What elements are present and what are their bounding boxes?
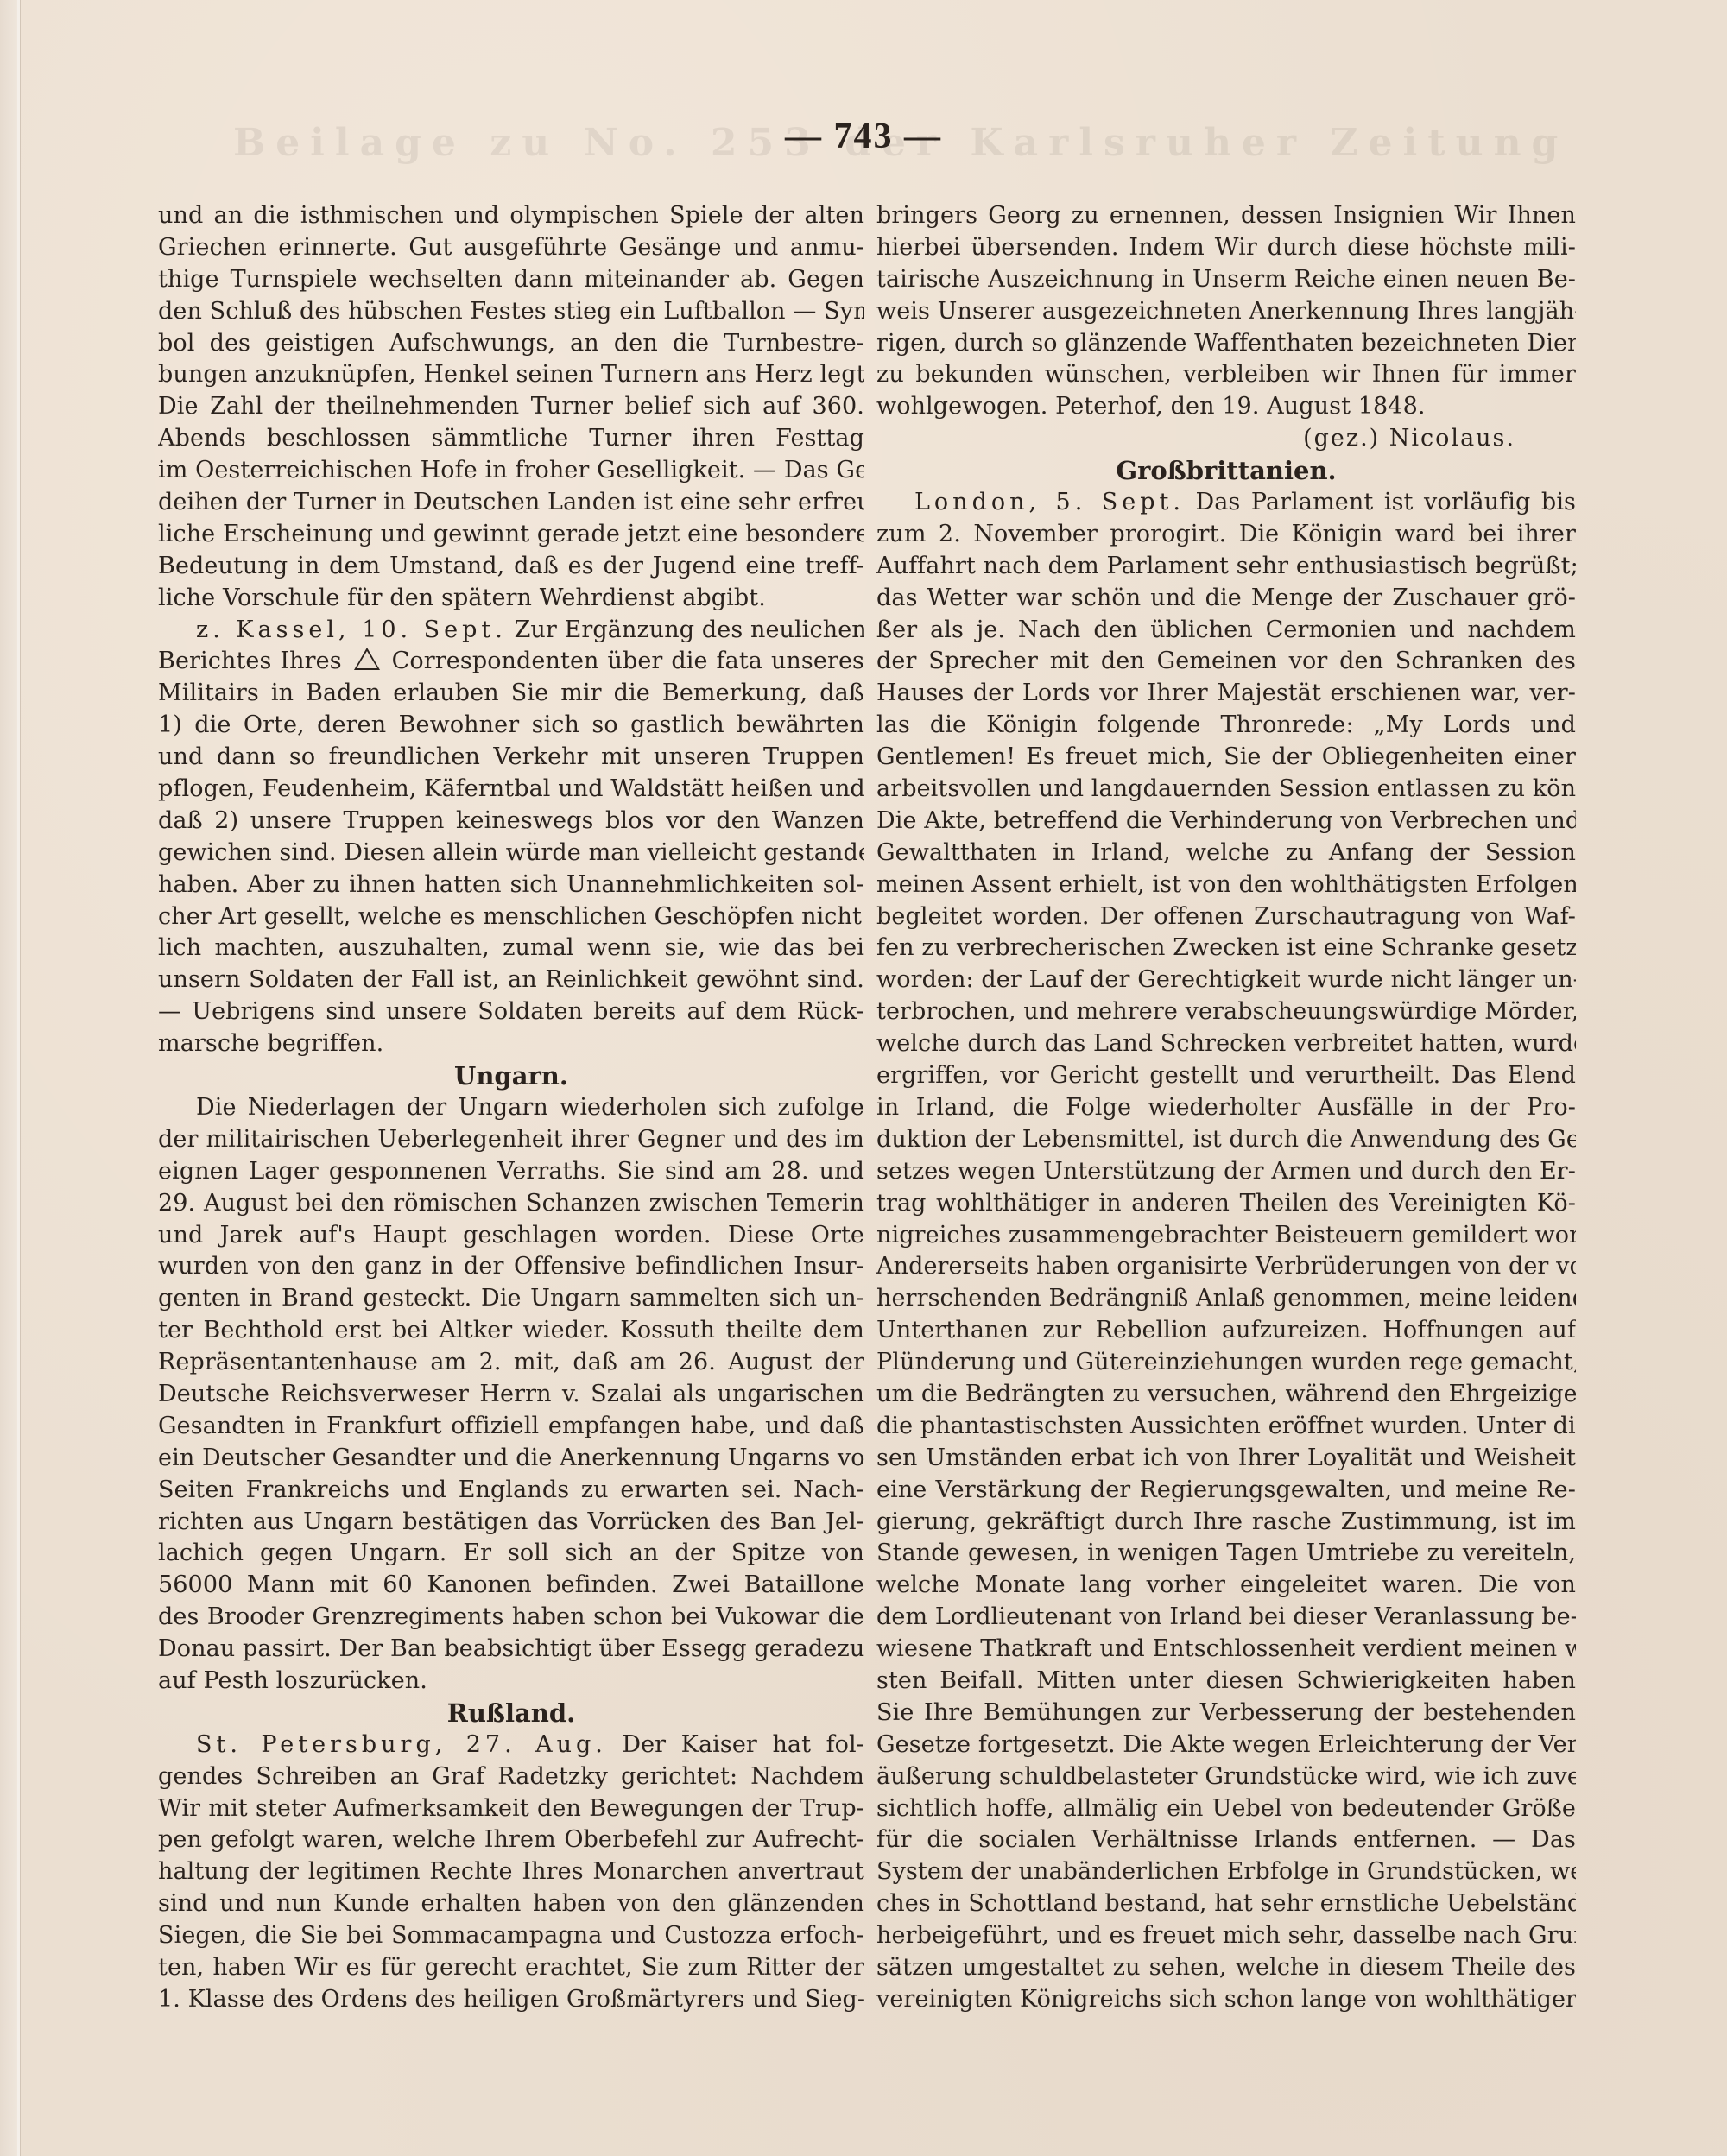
text-line: weis Unserer ausgezeichneten Anerkennung… xyxy=(876,296,1576,328)
text-line: bringers Georg zu ernennen, dessen Insig… xyxy=(876,200,1576,232)
text-line: worden: der Lauf der Gerechtigkeit wurde… xyxy=(876,964,1576,996)
text-line: Gesetze fortgesetzt. Die Akte wegen Erle… xyxy=(876,1729,1576,1761)
text-line: der militairischen Ueberlegenheit ihrer … xyxy=(158,1124,864,1156)
text-line: sind und nun Kunde erhalten haben von de… xyxy=(158,1888,864,1920)
text-line: Stande gewesen, in wenigen Tagen Umtrieb… xyxy=(876,1538,1576,1570)
text-line: Militairs in Baden erlauben Sie mir die … xyxy=(158,678,864,710)
text-line: ter Bechthold erst bei Altker wieder. Ko… xyxy=(158,1315,864,1347)
text-line: das Wetter war schön und die Menge der Z… xyxy=(876,583,1576,615)
text-line: daß 2) unsere Truppen keineswegs blos vo… xyxy=(158,806,864,838)
text-line: richten aus Ungarn bestätigen das Vorrüc… xyxy=(158,1507,864,1539)
russland-letter-continued: bringers Georg zu ernennen, dessen Insig… xyxy=(876,200,1576,455)
text-line: den Schluß des hübschen Festes stieg ein… xyxy=(158,296,864,328)
text-line: meinen Assent erhielt, ist von den wohlt… xyxy=(876,869,1576,901)
text-line: unsern Soldaten der Fall ist, an Reinlic… xyxy=(158,964,864,996)
text-line: äußerung schuldbelasteter Grundstücke wi… xyxy=(876,1761,1576,1793)
text-line: hierbei übersenden. Indem Wir durch dies… xyxy=(876,232,1576,264)
text-line: Die Niederlagen der Ungarn wiederholen s… xyxy=(158,1092,864,1124)
text-line: ein Deutscher Gesandter und die Anerkenn… xyxy=(158,1443,864,1475)
text-line: lich machten, auszuhalten, zumal wenn si… xyxy=(158,933,864,964)
dateline: St. Petersburg, 27. Aug. xyxy=(196,1731,607,1758)
text-line: Die Akte, betreffend die Verhinderung vo… xyxy=(876,806,1576,838)
text-line: für die socialen Verhältnisse Irlands en… xyxy=(876,1824,1576,1856)
text-line: liche Erscheinung und gewinnt gerade jet… xyxy=(158,519,864,551)
text-line: vereinigten Königreichs sich schon lange… xyxy=(876,1984,1576,2016)
text-line: in Irland, die Folge wiederholter Ausfäl… xyxy=(876,1092,1576,1124)
text-line: 1. Klasse des Ordens des heiligen Großmä… xyxy=(158,1984,864,2016)
text-line: Hauses der Lords vor Ihrer Majestät ersc… xyxy=(876,678,1576,710)
text-line: Wir mit steter Aufmerksamkeit den Bewegu… xyxy=(158,1793,864,1825)
dateline: z. Kassel, 10. Sept. xyxy=(196,616,507,643)
text-line: — Uebrigens sind unsere Soldaten bereits… xyxy=(158,996,864,1028)
section-heading-ungarn: Ungarn. xyxy=(158,1060,864,1092)
text-line: gendes Schreiben an Graf Radetzky gerich… xyxy=(158,1761,864,1793)
text-line: wurden von den ganz in der Offensive bef… xyxy=(158,1251,864,1283)
page-number: — 743 — xyxy=(0,116,1727,157)
article-turnfest-ending: und an die isthmischen und olympischen S… xyxy=(158,200,864,615)
text-line: genten in Brand gesteckt. Die Ungarn sam… xyxy=(158,1283,864,1315)
text-line: deihen der Turner in Deutschen Landen is… xyxy=(158,487,864,519)
section-heading-grossbritannien: Großbrittanien. xyxy=(876,455,1576,487)
text-line-dateline: z. Kassel, 10. Sept. Zur Ergänzung des n… xyxy=(158,615,864,647)
right-column: bringers Georg zu ernennen, dessen Insig… xyxy=(876,200,1576,2016)
text-line: bol des geistigen Aufschwungs, an den di… xyxy=(158,328,864,360)
text-line: rigen, durch so glänzende Waffenthaten b… xyxy=(876,328,1576,360)
text-line: sichtlich hoffe, allmälig ein Uebel von … xyxy=(876,1793,1576,1825)
dateline: London, 5. Sept. xyxy=(914,489,1185,515)
text-line: bungen anzuknüpfen, Henkel seinen Turner… xyxy=(158,359,864,391)
text-line: sten Beifall. Mitten unter diesen Schwie… xyxy=(876,1666,1576,1698)
text-line: des Brooder Grenzregiments haben schon b… xyxy=(158,1602,864,1634)
text-line: tairische Auszeichnung in Unserm Reiche … xyxy=(876,264,1576,296)
text-line: Bedeutung in dem Umstand, daß es der Jug… xyxy=(158,551,864,583)
text-line: pen gefolgt waren, welche Ihrem Oberbefe… xyxy=(158,1824,864,1856)
text-line: Die Zahl der theilnehmenden Turner belie… xyxy=(158,391,864,423)
text-line: haben. Aber zu ihnen hatten sich Unanneh… xyxy=(158,869,864,901)
article-kassel: z. Kassel, 10. Sept. Zur Ergänzung des n… xyxy=(158,615,864,1060)
text-line: zum 2. November prorogirt. Die Königin w… xyxy=(876,519,1576,551)
text-fragment: Correspondenten über die fata unseres xyxy=(392,648,864,674)
text-line: arbeitsvollen und langdauernden Session … xyxy=(876,774,1576,806)
text-line: sätzen umgestaltet zu sehen, welche in d… xyxy=(876,1952,1576,1984)
text-line: 1) die Orte, deren Bewohner sich so gast… xyxy=(158,710,864,742)
text-line: Andererseits haben organisirte Verbrüder… xyxy=(876,1251,1576,1283)
text-line: Repräsentantenhause am 2. mit, daß am 26… xyxy=(158,1347,864,1379)
text-line: und an die isthmischen und olympischen S… xyxy=(158,200,864,232)
text-line: wohlgewogen. Peterhof, den 19. August 18… xyxy=(876,391,1576,423)
text-line: sen Umständen erbat ich von Ihrer Loyali… xyxy=(876,1443,1576,1475)
section-heading-russland: Rußland. xyxy=(158,1698,864,1729)
text-line: 56000 Mann mit 60 Kanonen befinden. Zwei… xyxy=(158,1570,864,1602)
text-line: begleitet worden. Der offenen Zurschautr… xyxy=(876,901,1576,933)
text-line: ches in Schottland bestand, hat sehr ern… xyxy=(876,1888,1576,1920)
text-line: eignen Lager gesponnenen Verraths. Sie s… xyxy=(158,1156,864,1188)
text-line: gierung, gekräftigt durch Ihre rasche Zu… xyxy=(876,1507,1576,1539)
text-line: System der unabänderlichen Erbfolge in G… xyxy=(876,1856,1576,1888)
text-line: welche Monate lang vorher eingeleitet wa… xyxy=(876,1570,1576,1602)
text-line: Gentlemen! Es freuet mich, Sie der Oblie… xyxy=(876,742,1576,774)
text-line: zu bekunden wünschen, verbleiben wir Ihn… xyxy=(876,359,1576,391)
text-line: pflogen, Feudenheim, Käferntbal und Wald… xyxy=(158,774,864,806)
text-line: um die Bedrängten zu versuchen, während … xyxy=(876,1379,1576,1411)
text-line: setzes wegen Unterstützung der Armen und… xyxy=(876,1156,1576,1188)
text-line: Seiten Frankreichs und Englands zu erwar… xyxy=(158,1475,864,1507)
text-line: gewichen sind. Diesen allein würde man v… xyxy=(158,838,864,869)
text-line: terbrochen, und mehrere verabscheuungswü… xyxy=(876,996,1576,1028)
text-line: Auffahrt nach dem Parlament sehr enthusi… xyxy=(876,551,1576,583)
section-ungarn: Ungarn. Die Niederlagen der Ungarn wiede… xyxy=(158,1060,864,1698)
text-line: auf Pesth loszurücken. xyxy=(158,1666,864,1698)
text-fragment: Zur Ergänzung des neulichen xyxy=(515,616,864,643)
text-line: 29. August bei den römischen Schanzen zw… xyxy=(158,1188,864,1220)
text-line: thige Turnspiele wechselten dann miteina… xyxy=(158,264,864,296)
text-line: die phantastischsten Aussichten eröffnet… xyxy=(876,1411,1576,1443)
text-line: fen zu verbrecherischen Zwecken ist eine… xyxy=(876,933,1576,964)
signature: (gez.) Nicolaus. xyxy=(876,423,1576,455)
text-line: welche durch das Land Schrecken verbreit… xyxy=(876,1028,1576,1060)
text-fragment: Berichtes Ihres xyxy=(158,648,342,674)
text-line: Abends beschlossen sämmtliche Turner ihr… xyxy=(158,423,864,455)
left-column: und an die isthmischen und olympischen S… xyxy=(158,200,864,2016)
text-line: Berichtes Ihres Correspondenten über die… xyxy=(158,646,864,678)
text-line: duktion der Lebensmittel, ist durch die … xyxy=(876,1124,1576,1156)
text-line: Plünderung und Gütereinziehungen wurden … xyxy=(876,1347,1576,1379)
section-russland: Rußland. St. Petersburg, 27. Aug. Der Ka… xyxy=(158,1698,864,2016)
text-line: Gesandten in Frankfurt offiziell empfang… xyxy=(158,1411,864,1443)
text-line: Donau passirt. Der Ban beabsichtigt über… xyxy=(158,1634,864,1666)
text-line: lachich gegen Ungarn. Er soll sich an de… xyxy=(158,1538,864,1570)
text-line: haltung der legitimen Rechte Ihres Monar… xyxy=(158,1856,864,1888)
text-line-dateline: London, 5. Sept. Das Parlament ist vorlä… xyxy=(876,487,1576,519)
text-line: dem Lordlieutenant von Irland bei dieser… xyxy=(876,1602,1576,1634)
text-line: Deutsche Reichsverweser Herrn v. Szalai … xyxy=(158,1379,864,1411)
section-grossbritannien: Großbrittanien. London, 5. Sept. Das Par… xyxy=(876,455,1576,2016)
correspondent-triangle-icon xyxy=(354,648,380,670)
text-fragment: Der Kaiser hat fol- xyxy=(622,1731,864,1758)
text-line: nigreiches zusammengebrachter Beisteuern… xyxy=(876,1220,1576,1252)
text-line: liche Vorschule für den spätern Wehrdien… xyxy=(158,583,864,615)
text-line: trag wohlthätiger in anderen Theilen des… xyxy=(876,1188,1576,1220)
text-line: Griechen erinnerte. Gut ausgeführte Gesä… xyxy=(158,232,864,264)
text-line: herrschenden Bedrängniß Anlaß genommen, … xyxy=(876,1283,1576,1315)
text-line: marsche begriffen. xyxy=(158,1028,864,1060)
binding-shadow xyxy=(0,0,17,2156)
text-line: Siegen, die Sie bei Sommacampagna und Cu… xyxy=(158,1920,864,1952)
text-line: Gewaltthaten in Irland, welche zu Anfang… xyxy=(876,838,1576,869)
binding-edge xyxy=(17,0,21,2156)
text-line: wiesene Thatkraft und Entschlossenheit v… xyxy=(876,1634,1576,1666)
text-line: las die Königin folgende Thronrede: „My … xyxy=(876,710,1576,742)
text-line: cher Art gesellt, welche es menschlichen… xyxy=(158,901,864,933)
text-line: Unterthanen zur Rebellion aufzureizen. H… xyxy=(876,1315,1576,1347)
text-line: Sie Ihre Bemühungen zur Verbesserung der… xyxy=(876,1698,1576,1729)
text-line: ßer als je. Nach den üblichen Cermonien … xyxy=(876,615,1576,647)
text-line-dateline: St. Petersburg, 27. Aug. Der Kaiser hat … xyxy=(158,1729,864,1761)
text-fragment: Das Parlament ist vorläufig bis xyxy=(1195,489,1576,515)
text-line: und Jarek auf's Haupt geschlagen worden.… xyxy=(158,1220,864,1252)
text-line: eine Verstärkung der Regierungsgewalten,… xyxy=(876,1475,1576,1507)
text-line: und dann so freundlichen Verkehr mit uns… xyxy=(158,742,864,774)
text-line: herbeigeführt, und es freuet mich sehr, … xyxy=(876,1920,1576,1952)
text-line: im Oesterreichischen Hofe in froher Gese… xyxy=(158,455,864,487)
text-line: ergriffen, vor Gericht gestellt und veru… xyxy=(876,1060,1576,1092)
text-line: der Sprecher mit den Gemeinen vor den Sc… xyxy=(876,646,1576,678)
text-line: ten, haben Wir es für gerecht erachtet, … xyxy=(158,1952,864,1984)
